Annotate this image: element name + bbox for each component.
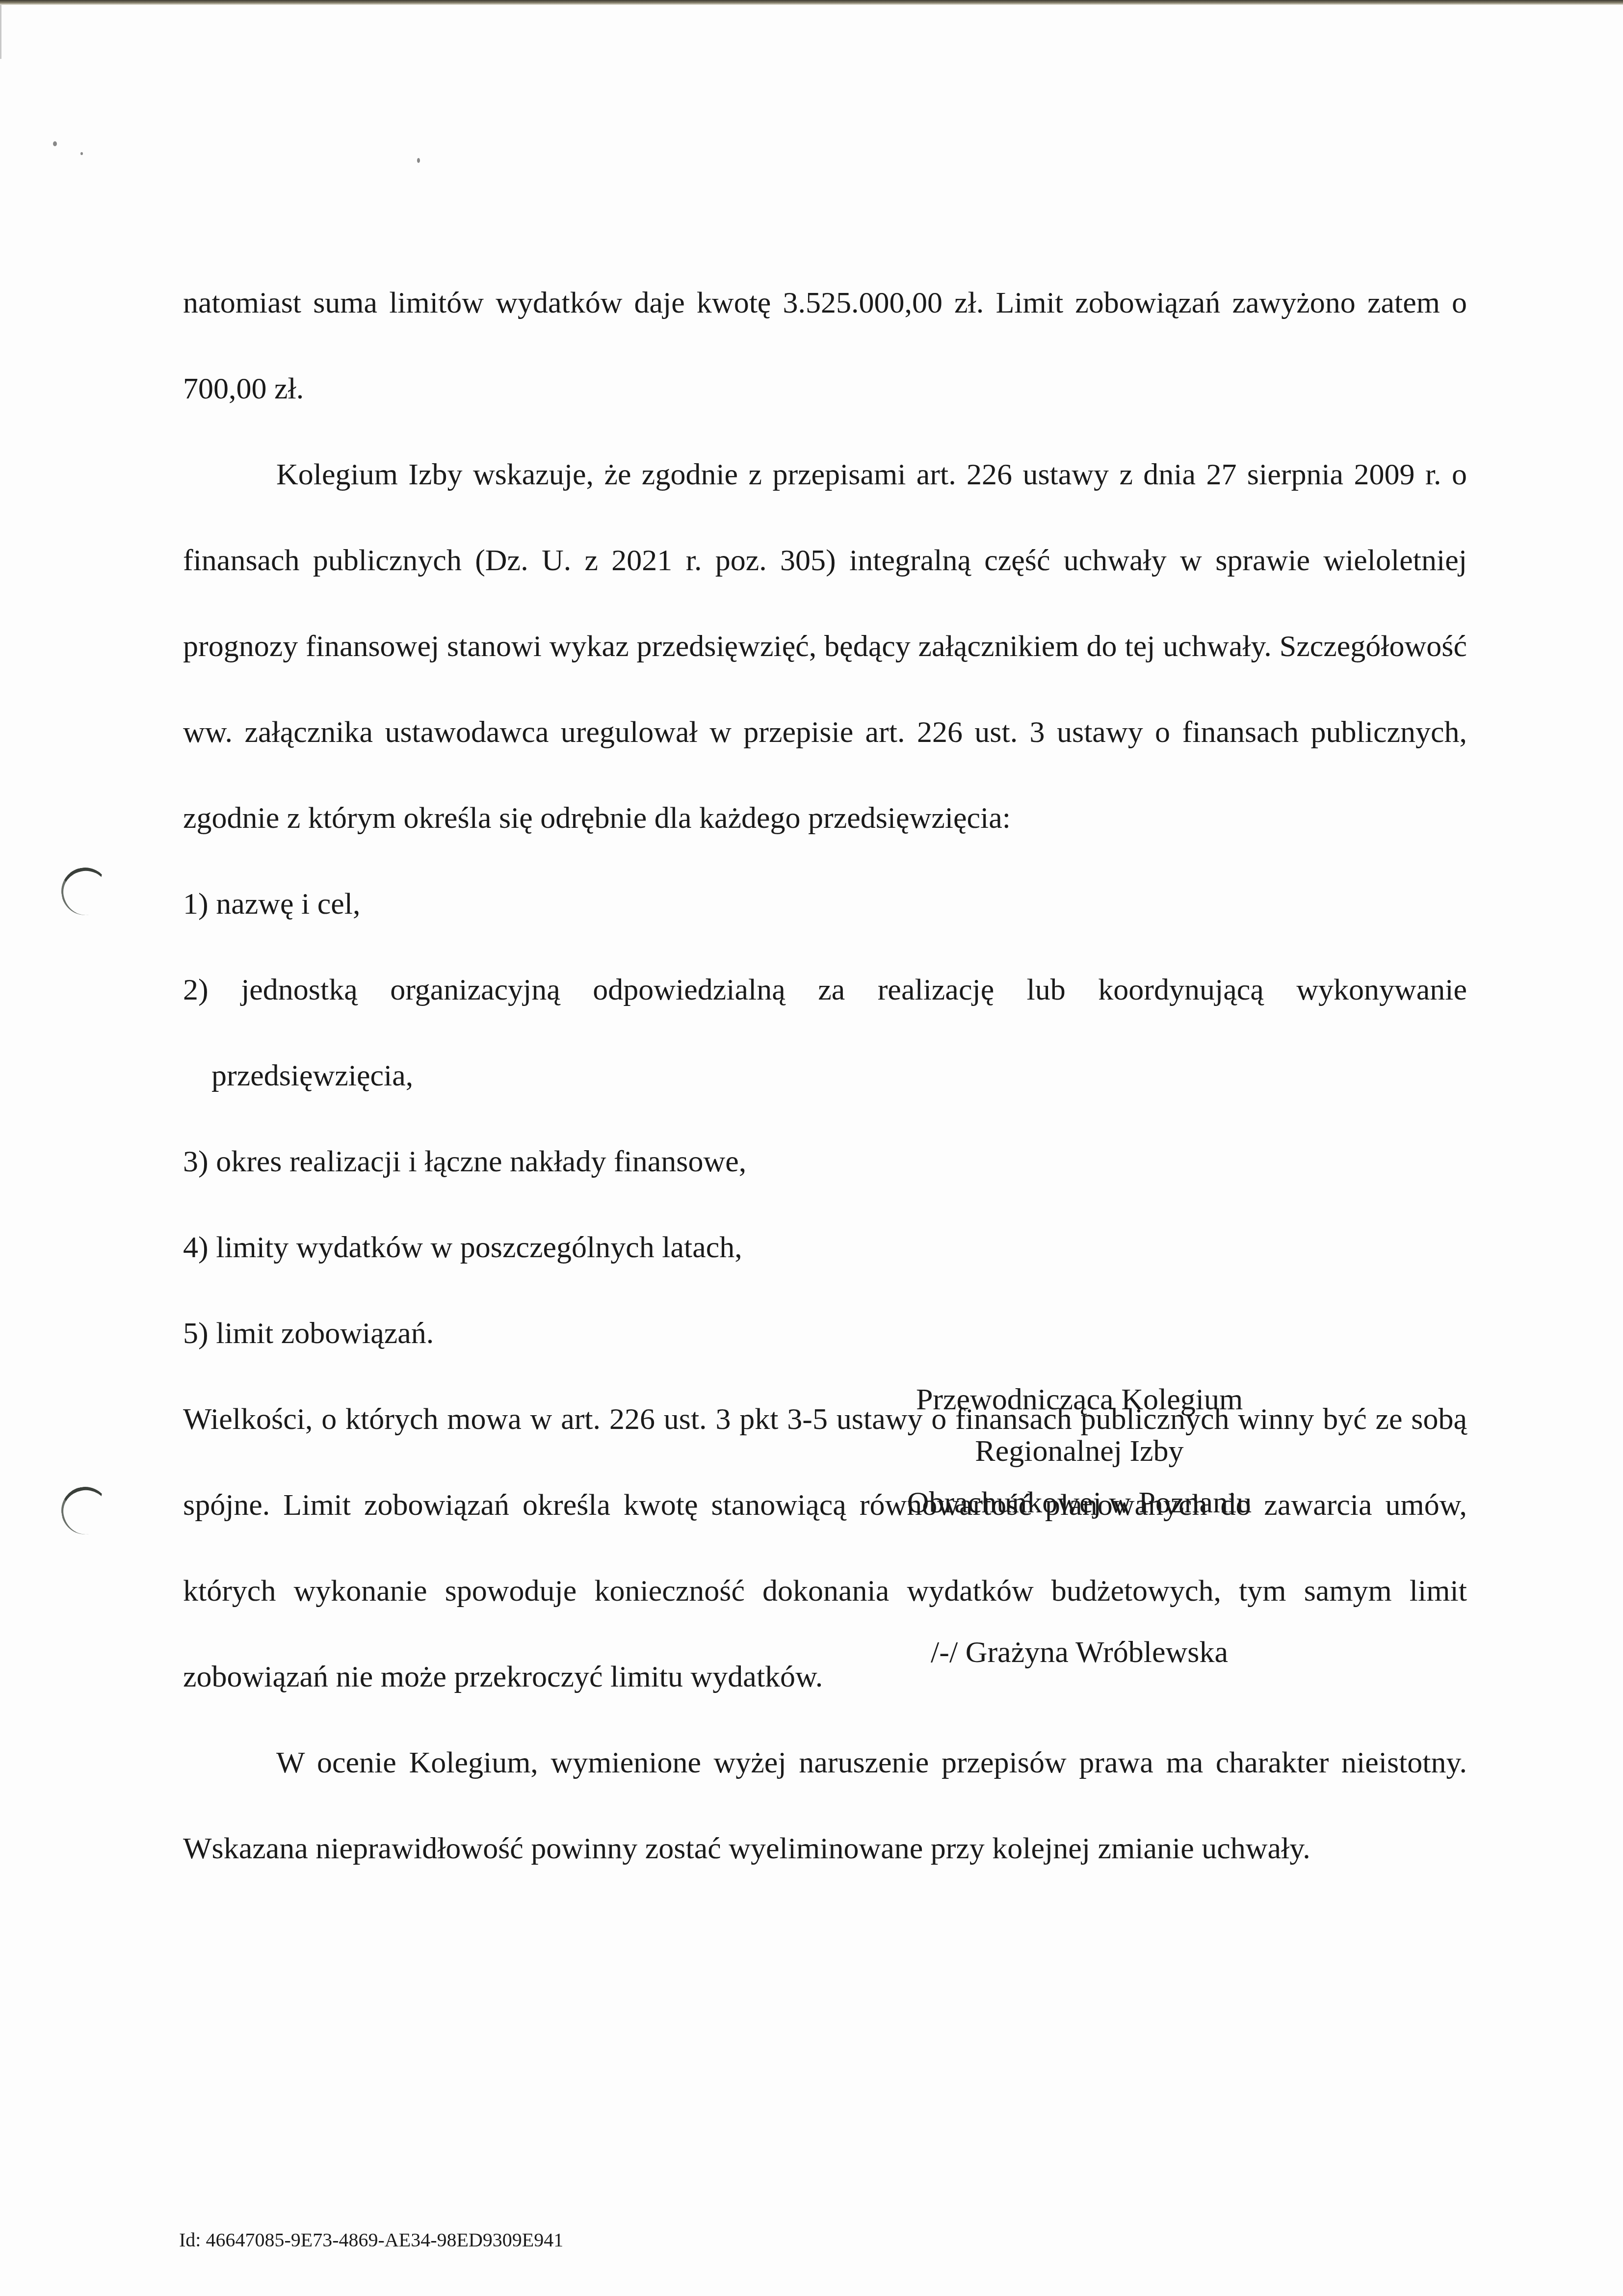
scan-speck xyxy=(53,141,57,146)
list-text: limity wydatków w poszczególnych latach, xyxy=(216,1231,742,1264)
signature-title-line: Przewodnicząca Kolegium xyxy=(834,1374,1325,1425)
signer-name: /-/ Grażyna Wróblewska xyxy=(834,1627,1325,1678)
punch-hole-mark xyxy=(57,864,112,919)
scan-speck xyxy=(417,158,420,163)
scan-left-edge xyxy=(0,5,1,59)
list-number: 1) xyxy=(183,887,209,921)
signature-block: Przewodnicząca Kolegium Regionalnej Izby… xyxy=(834,1374,1325,1678)
paragraph-legal-basis: Kolegium Izby wskazuje, że zgodnie z prz… xyxy=(183,432,1467,861)
list-text: jednostką organizacyjną odpowiedzialną z… xyxy=(211,973,1467,1092)
punch-hole-mark xyxy=(57,1483,112,1538)
list-number: 4) xyxy=(183,1231,209,1264)
scan-top-edge xyxy=(0,0,1623,5)
document-id: Id: 46647085-9E73-4869-AE34-98ED9309E941 xyxy=(179,2228,563,2252)
list-text: okres realizacji i łączne nakłady finans… xyxy=(216,1145,746,1178)
requirements-list: 1) nazwę i cel, 2) jednostką organizacyj… xyxy=(183,861,1467,1376)
list-number: 5) xyxy=(183,1317,209,1350)
list-number: 2) xyxy=(183,973,209,1006)
list-item: 2) jednostką organizacyjną odpowiedzialn… xyxy=(183,947,1467,1119)
list-item: 1) nazwę i cel, xyxy=(183,861,1467,947)
signature-title-line: Obrachunkowej w Poznaniu xyxy=(834,1477,1325,1529)
signature-title-line: Regionalnej Izby xyxy=(834,1425,1325,1477)
list-text: limit zobowiązań. xyxy=(216,1317,434,1350)
list-item: 4) limity wydatków w poszczególnych lata… xyxy=(183,1205,1467,1291)
paragraph-conclusion: W ocenie Kolegium, wymienione wyżej naru… xyxy=(183,1720,1467,1892)
list-text: nazwę i cel, xyxy=(216,887,360,921)
scan-speck xyxy=(80,152,83,155)
list-number: 3) xyxy=(183,1145,209,1178)
paragraph-continuation: natomiast suma limitów wydatków daje kwo… xyxy=(183,260,1467,432)
list-item: 3) okres realizacji i łączne nakłady fin… xyxy=(183,1119,1467,1205)
list-item: 5) limit zobowiązań. xyxy=(183,1291,1467,1376)
